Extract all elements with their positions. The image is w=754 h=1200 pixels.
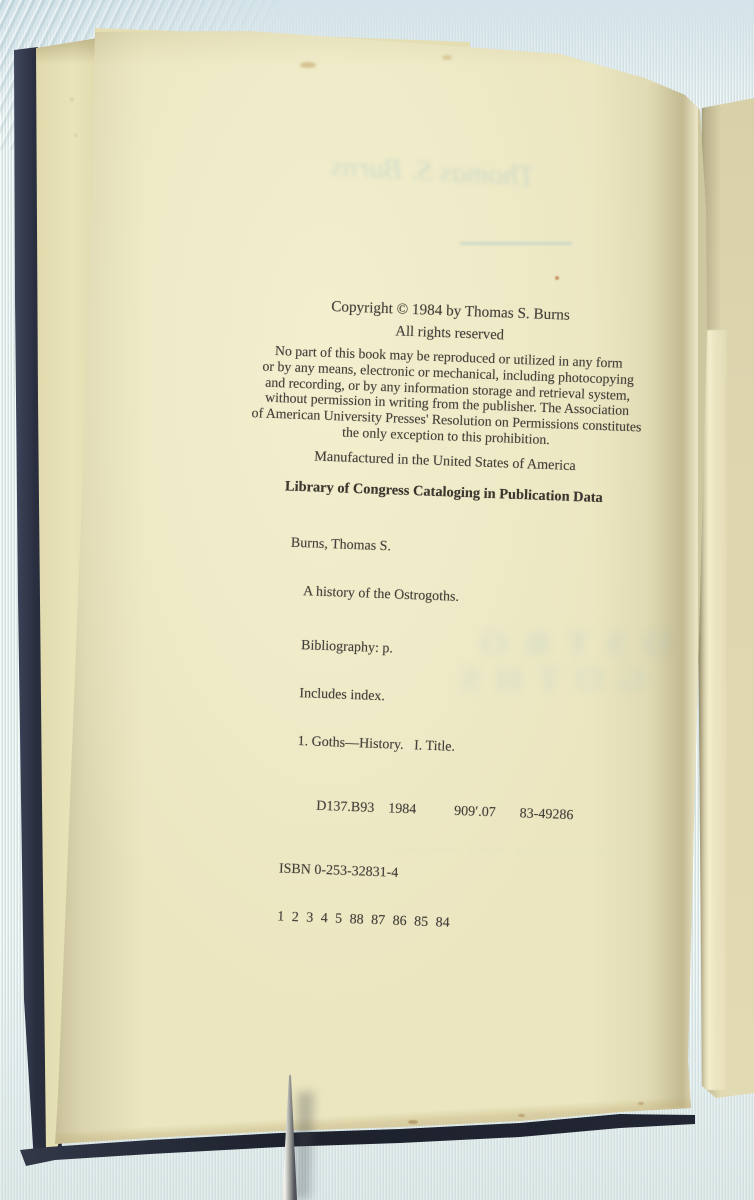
facing-page-edge-highlight (700, 330, 727, 1090)
printers-key: 1 2 3 4 5 88 87 86 85 84 (277, 909, 629, 938)
permission-paragraph: No part of this book may be reproduced o… (245, 342, 650, 451)
ghost-rule (460, 242, 572, 245)
page-text-block: Copyright © 1984 by Thomas S. Burns All … (226, 295, 652, 970)
cip-catalog-block: Burns, Thomas S. A history of the Ostrog… (226, 502, 644, 970)
cip-subject-tracing: 1. Goths—History. I. Title. (283, 733, 635, 762)
cip-bibliography: Bibliography: p. (287, 637, 639, 666)
ghost-author-script: Thomas S. Burns (304, 148, 535, 194)
cip-call-number: D137.B93 (316, 799, 375, 817)
cip-lc-card-number: 83-49286 (519, 806, 573, 824)
cip-author: Burns, Thomas S. (291, 535, 643, 564)
page-curl-shading (646, 84, 698, 1114)
stain-spot (408, 1120, 418, 1124)
book-photo-scene: Thomas S. Burns OSTRO GOTHS ··· ········… (0, 0, 754, 1200)
manufactured-line: Manufactured in the United States of Ame… (244, 446, 646, 478)
stain-spot (442, 55, 452, 60)
stain-spot (638, 1102, 644, 1105)
stain-spot (300, 62, 316, 68)
copyright-page: Thomas S. Burns OSTRO GOTHS ··· ········… (50, 24, 710, 1149)
cip-year: 1984 (388, 801, 417, 818)
cip-dewey-number: 909′.07 (454, 804, 496, 822)
cip-title: A history of the Ostrogoths. (289, 583, 641, 612)
cip-call-number-line: D137.B931984909′.0783-49286 (280, 781, 634, 842)
stain-spot (555, 276, 559, 280)
cip-isbn: ISBN 0-253-32831-4 (279, 861, 631, 890)
foxing-spot (74, 134, 77, 137)
cip-index-note: Includes index. (285, 685, 637, 714)
foxing-spot (70, 98, 74, 101)
stain-spot (518, 1114, 525, 1117)
